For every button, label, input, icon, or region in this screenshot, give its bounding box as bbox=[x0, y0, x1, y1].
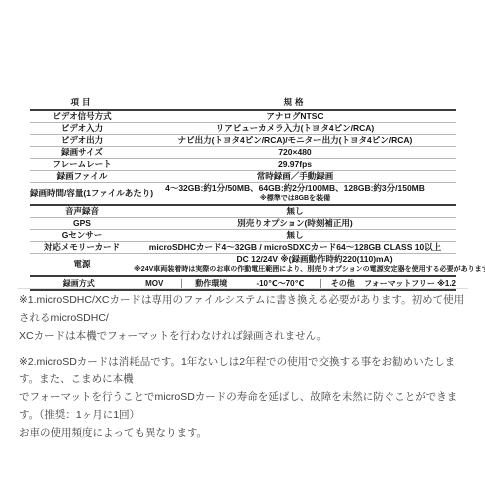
table-row: 音声録音 無し bbox=[30, 206, 456, 218]
spec-value: 別売りオプション(時刻補正用) bbox=[134, 219, 456, 229]
spec-value: リアビューカメラ入力(トヨタ4ピン/RCA) bbox=[134, 124, 456, 134]
spec-table: 項目 規格 ビデオ信号方式 アナログNTSC ビデオ入力 リアビューカメラ入力(… bbox=[30, 97, 456, 291]
footer-value-other: フォーマットフリー ※1.2 bbox=[364, 278, 456, 289]
table-row: 電源 DC 12/24V ※(録画動作時約220(110)mA) ※24V車両装… bbox=[30, 254, 456, 277]
spec-value: アナログNTSC bbox=[134, 112, 456, 122]
table-row: Gセンサー 無し bbox=[30, 230, 456, 242]
spec-value-group: DC 12/24V ※(録画動作時約220(110)mA) ※24V車両装着時は… bbox=[134, 255, 485, 274]
spec-item-label: 録画時間/容量(1ファイルあたり) bbox=[30, 189, 134, 199]
footnote-1: ※1.microSDHC/XCカードは専用のファイルシステムに書き換える必要があ… bbox=[19, 292, 471, 346]
horizontal-rule bbox=[18, 288, 468, 289]
table-row: GPS 別売りオプション(時刻補正用) bbox=[30, 218, 456, 230]
spec-item-label: 電源 bbox=[30, 260, 134, 270]
spec-item-label: 録画ファイル bbox=[30, 172, 134, 182]
spec-value-note: ※標準では8GBを装備 bbox=[134, 195, 456, 203]
spec-value: ナビ出力(トヨタ4ピン/RCA)/モニター出力(トヨタ4ピン/RCA) bbox=[134, 136, 456, 146]
spec-item-label: 対応メモリーカード bbox=[30, 243, 134, 253]
spec-item-label: ビデオ信号方式 bbox=[30, 112, 134, 122]
spec-value-group: 4〜32GB:約1分/50MB、64GB:約2分/100MB、128GB:約3分… bbox=[134, 184, 456, 203]
table-row: ビデオ信号方式 アナログNTSC bbox=[30, 111, 456, 123]
footer-value-recording-format: MOV bbox=[127, 279, 181, 288]
spec-item-label: Gセンサー bbox=[30, 231, 134, 241]
table-row: ビデオ入力 リアビューカメラ入力(トヨタ4ピン/RCA) bbox=[30, 123, 456, 135]
spec-item-label: ビデオ入力 bbox=[30, 124, 134, 134]
table-row: 録画ファイル 常時録画／手動録画 bbox=[30, 171, 456, 183]
footnote-2: ※2.microSDカードは消耗品です。1年ないしは2年程での使用で交換する事を… bbox=[19, 354, 471, 443]
spec-item-label: 音声録音 bbox=[30, 207, 134, 217]
spec-value: DC 12/24V ※(録画動作時約220(110)mA) bbox=[134, 255, 485, 265]
spec-item-label: フレームレート bbox=[30, 160, 134, 170]
header-item-label: 項目 bbox=[30, 98, 134, 108]
table-row: フレームレート 29.97fps bbox=[30, 159, 456, 171]
footer-label-other: その他 bbox=[321, 278, 364, 289]
table-row: 対応メモリーカード microSDHCカード4〜32GB / microSDXC… bbox=[30, 242, 456, 254]
spec-value: 720×480 bbox=[134, 148, 456, 158]
header-spec-label: 規格 bbox=[134, 98, 456, 108]
table-row: ビデオ出力 ナビ出力(トヨタ4ピン/RCA)/モニター出力(トヨタ4ピン/RCA… bbox=[30, 135, 456, 147]
footer-value-operating-env: -10℃〜70℃ bbox=[240, 278, 320, 289]
table-row: 録画時間/容量(1ファイルあたり) 4〜32GB:約1分/50MB、64GB:約… bbox=[30, 183, 456, 206]
spec-value: 無し bbox=[134, 207, 456, 217]
spec-value: 29.97fps bbox=[134, 160, 456, 170]
spec-item-label: 録画サイズ bbox=[30, 148, 134, 158]
spec-value: microSDHCカード4〜32GB / microSDXCカード64〜128G… bbox=[134, 243, 456, 253]
spec-sheet-page: 項目 規格 ビデオ信号方式 アナログNTSC ビデオ入力 リアビューカメラ入力(… bbox=[0, 0, 485, 485]
spec-value-note: ※24V車両装着時は実際のお車の作動電圧範囲により、別売りオプションの電源安定器… bbox=[134, 266, 485, 274]
spec-value: 無し bbox=[134, 231, 456, 241]
table-row: 録画サイズ 720×480 bbox=[30, 147, 456, 159]
spec-value: 4〜32GB:約1分/50MB、64GB:約2分/100MB、128GB:約3分… bbox=[134, 184, 456, 194]
spec-item-label: GPS bbox=[30, 219, 134, 229]
spec-item-label: ビデオ出力 bbox=[30, 136, 134, 146]
spec-table-header-row: 項目 規格 bbox=[30, 97, 456, 111]
spec-value: 常時録画／手動録画 bbox=[134, 172, 456, 182]
footer-label-operating-env: 動作環境 bbox=[182, 278, 240, 289]
footnotes-section: ※1.microSDHC/XCカードは専用のファイルシステムに書き換える必要があ… bbox=[19, 292, 471, 451]
footer-label-recording-format: 録画方式 bbox=[30, 278, 127, 289]
